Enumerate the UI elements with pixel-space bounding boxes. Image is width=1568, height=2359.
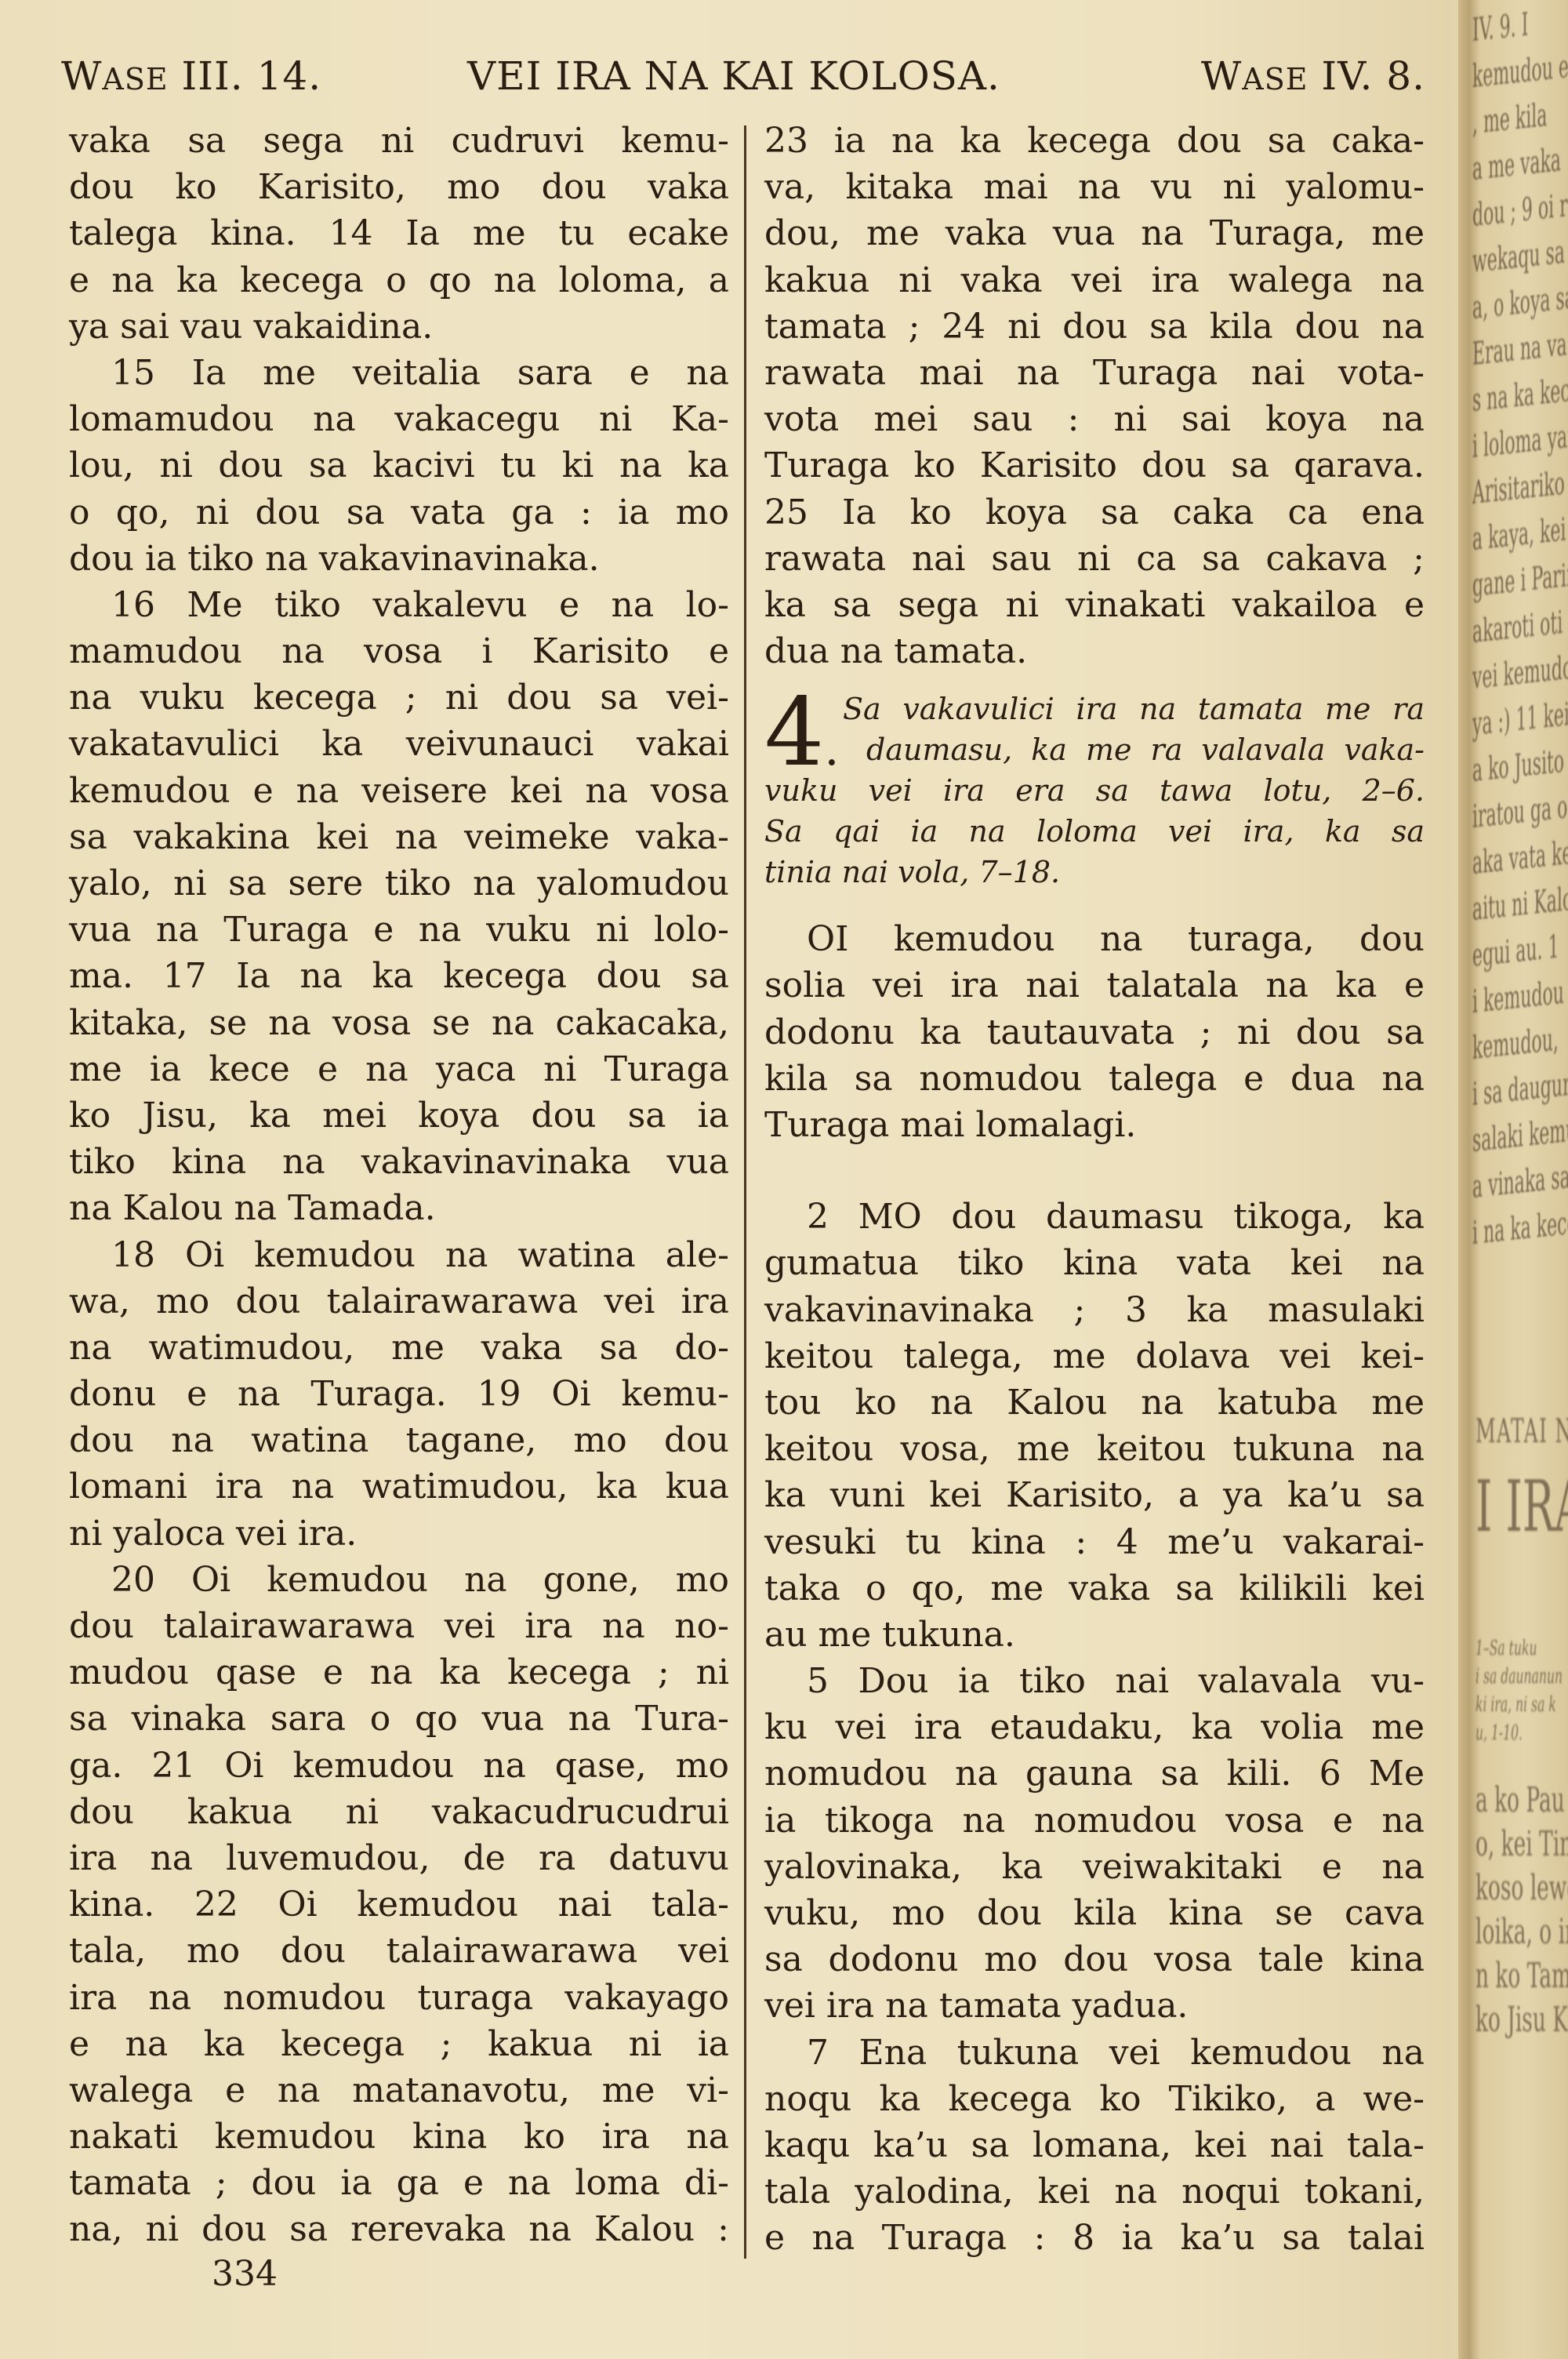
- text-line: mamudou na vosa i Karisito e: [69, 628, 729, 674]
- summary-line: vuku vei ira era sa tawa lotu, 2–6.: [764, 770, 1425, 811]
- edge-body-line: a ko Pau: [1475, 1779, 1568, 1823]
- text-line: ga. 21 Oi kemudou na qase, mo: [69, 1743, 729, 1789]
- text-line: talega kina. 14 Ia me tu ecake: [69, 210, 729, 256]
- text-line: taka o qo, me vaka sa kilikili kei: [764, 1565, 1425, 1612]
- verse-start-line: 18 Oi kemudou na watina ale-: [69, 1232, 729, 1278]
- text-line: vakatavulici ka veivunauci vakai: [69, 721, 729, 767]
- text-line: kemudou e na veisere kei na vosa: [69, 768, 729, 814]
- edge-heading-large: I IRA: [1475, 1466, 1568, 1548]
- text-line: yalo, ni sa sere tiko na yalomudou: [69, 860, 729, 907]
- text-line: sa vakakina kei na veimeke vaka-: [69, 814, 729, 860]
- text-line: e na ka kecega ; kakua ni ia: [69, 2021, 729, 2067]
- book-page: WASE III. 14. VEI IRA NA KAI KOLOSA. WAS…: [0, 0, 1458, 2359]
- text-line: dou talairawarawa vei ira na no-: [69, 1603, 729, 1649]
- text-line: keitou vosa, me keitou tukuna na: [764, 1426, 1425, 1472]
- chapter-number-digit: 4: [764, 678, 824, 787]
- text-line: vuku, mo dou kila kina se cava: [764, 1890, 1425, 1936]
- edge-body-line: loika, o ira: [1475, 1910, 1568, 1954]
- text-line: yalovinaka, ka veiwakitaki e na: [764, 1844, 1425, 1890]
- edge-summary-line: ki ira, ni sa k: [1475, 1691, 1568, 1719]
- text-line: 23 ia na ka kecega dou sa caka-: [764, 118, 1425, 164]
- text-line: vua na Turaga e na vuku ni lolo-: [69, 907, 729, 953]
- edge-summary: 1–Sa tuku i sa daunanun ki ira, ni sa k …: [1475, 1634, 1568, 1747]
- edge-summary-line: i sa daunanun: [1475, 1663, 1568, 1691]
- text-line: sa vinaka sara o qo vua na Tura-: [69, 1696, 729, 1742]
- running-head-right-ref: IV. 8.: [1321, 53, 1425, 99]
- text-line: e na Turaga : 8 ia ka’u sa talai: [764, 2215, 1425, 2261]
- text-line: noqu ka kecega ko Tikiko, a we-: [764, 2076, 1425, 2122]
- adjacent-page-heading: MATAI N I IRA 1–Sa tuku i sa daunanun ki…: [1475, 1412, 1568, 2042]
- text-line: kila sa nomudou talega e dua na: [764, 1056, 1425, 1102]
- verse-start-line: 5 Dou ia tiko nai valavala vu-: [764, 1658, 1425, 1704]
- chapter-number: 4.: [764, 690, 839, 792]
- text-line: e na ka kecega o qo na loloma, a: [69, 257, 729, 304]
- text-line: va, kitaka mai na vu ni yalomu-: [764, 164, 1425, 210]
- text-line: dua na tamata.: [764, 628, 1425, 674]
- text-line: ni yaloca vei ira.: [69, 1510, 729, 1557]
- text-line: nomudou na gauna sa kili. 6 Me: [764, 1750, 1425, 1797]
- text-line: tala, mo dou talairawarawa vei: [69, 1928, 729, 1974]
- verse-start-line: 20 Oi kemudou na gone, mo: [69, 1557, 729, 1603]
- text-line: dodonu ka tautauvata ; ni dou sa: [764, 1009, 1425, 1056]
- edge-body-line: n ko Tam: [1475, 1954, 1568, 1998]
- text-line: ko Jisu, ka mei koya dou sa ia: [69, 1092, 729, 1139]
- running-head-title: VEI IRA NA KAI KOLOSA.: [467, 49, 1000, 104]
- edge-summary-line: 1–Sa tuku: [1475, 1634, 1568, 1663]
- text-line: Turaga ko Karisito dou sa qarava.: [764, 442, 1425, 489]
- text-line: kaqu ka’u sa lomana, kei nai tala-: [764, 2122, 1425, 2168]
- running-head: WASE III. 14. VEI IRA NA KAI KOLOSA. WAS…: [61, 49, 1425, 104]
- page-number: 334: [212, 2251, 278, 2298]
- text-line: ia tikoga na nomudou vosa e na: [764, 1797, 1425, 1844]
- text-line: na watimudou, me vaka sa do-: [69, 1325, 729, 1371]
- verse-start-line: 2 MO dou daumasu tikoga, ka: [764, 1194, 1425, 1240]
- text-line: na Kalou na Tamada.: [69, 1185, 729, 1231]
- text-line: rawata mai na Turaga nai vota-: [764, 350, 1425, 396]
- chapter-heading: 4. Sa vakavulici ira na tamata me ra dau…: [764, 689, 1425, 892]
- summary-line: daumasu, ka me ra valavala vaka-: [764, 729, 1425, 770]
- text-line: walega e na matanavotu, me vi-: [69, 2067, 729, 2114]
- text-line: donu e na Turaga. 19 Oi kemu-: [69, 1371, 729, 1417]
- summary-line: Sa vakavulici ira na tamata me ra: [764, 689, 1425, 729]
- edge-heading-small: MATAI N: [1475, 1412, 1568, 1450]
- edge-body-line: ko Jisu K: [1475, 1998, 1568, 2042]
- text-line: ya sai vau vakaidina.: [69, 304, 729, 350]
- text-line: tou ko na Kalou na katuba me: [764, 1379, 1425, 1426]
- running-head-left-smallcaps: ASE: [102, 62, 168, 96]
- text-line: ka vuni kei Karisito, a ya ka’u sa: [764, 1472, 1425, 1518]
- text-line: vei ira na tamata yadua.: [764, 1983, 1425, 2029]
- text-line: ira na luvemudou, de ra datuvu: [69, 1835, 729, 1881]
- right-column: 23 ia na ka kecega dou sa caka- va, kita…: [764, 118, 1425, 2262]
- text-line: tiko kina na vakavinavinaka vua: [69, 1139, 729, 1185]
- text-line: lomani ira na watimudou, ka kua: [69, 1463, 729, 1510]
- text-line: wa, mo dou talairawarawa vei ira: [69, 1278, 729, 1325]
- text-line: lomamudou na vakacegu ni Ka-: [69, 396, 729, 442]
- verse-start-line: 16 Me tiko vakalevu e na lo-: [69, 582, 729, 628]
- text-line: au me tukuna.: [764, 1612, 1425, 1658]
- running-head-right: WASE IV. 8.: [1201, 49, 1425, 107]
- text-line: tamata ; dou ia ga e na loma di-: [69, 2160, 729, 2206]
- text-line: gumatua tiko kina vata kei na: [764, 1240, 1425, 1286]
- text-line: vakavinavinaka ; 3 ka masulaki: [764, 1287, 1425, 1333]
- column-divider: [744, 125, 746, 2259]
- adjacent-page-text: IV. 9. I kemudou e , me kila a me vaka d…: [1472, 0, 1568, 1257]
- text-line: 25 Ia ko koya sa caka ca ena: [764, 489, 1425, 536]
- text-line: keitou talega, me dolava vei kei-: [764, 1333, 1425, 1379]
- text-line: ira na nomudou turaga vakayago: [69, 1975, 729, 2021]
- text-line: sa dodonu mo dou vosa tale kina: [764, 1936, 1425, 1983]
- text-line: vesuki tu kina : 4 me’u vakarai-: [764, 1519, 1425, 1565]
- text-line: kina. 22 Oi kemudou nai tala-: [69, 1881, 729, 1928]
- running-head-left-initial: W: [61, 53, 102, 99]
- text-line: vaka sa sega ni cudruvi kemu-: [69, 118, 729, 164]
- text-line: lou, ni dou sa kacivi tu ki na ka: [69, 442, 729, 489]
- summary-line: Sa qai ia na loloma vei ira, ka sa: [764, 811, 1425, 852]
- text-line: ma. 17 Ia na ka kecega dou sa: [69, 953, 729, 999]
- text-line: dou kakua ni vakacudrucudrui: [69, 1789, 729, 1835]
- text-line: kitaka, se na vosa se na cakacaka,: [69, 1000, 729, 1046]
- text-line: dou, me vaka vua na Turaga, me: [764, 210, 1425, 256]
- adjacent-page-edge: IV. 9. I kemudou e , me kila a me vaka d…: [1458, 0, 1568, 2359]
- spacer: [764, 892, 1425, 916]
- verse-start-line: 15 Ia me veitalia sara e na: [69, 350, 729, 396]
- text-line: dou ko Karisito, mo dou vaka: [69, 164, 729, 210]
- chapter-summary: Sa vakavulici ira na tamata me ra daumas…: [764, 689, 1425, 892]
- text-line: nakati kemudou kina ko ira na: [69, 2114, 729, 2160]
- spacer: [764, 1148, 1425, 1194]
- verse-start-line: 7 Ena tukuna vei kemudou na: [764, 2030, 1425, 2076]
- text-line: dou ia tiko na vakavinavinaka.: [69, 536, 729, 582]
- running-head-left-ref: III. 14.: [182, 53, 322, 99]
- text-line: rawata nai sau ni ca sa cakava ;: [764, 536, 1425, 582]
- edge-summary-line: u, 1-10.: [1475, 1719, 1568, 1747]
- text-line: Turaga mai lomalagi.: [764, 1102, 1425, 1148]
- edge-body-line: koso lewe: [1475, 1866, 1568, 1910]
- text-line: kakua ni vaka vei ira walega na: [764, 257, 1425, 304]
- text-line: dou na watina tagane, mo dou: [69, 1417, 729, 1463]
- running-head-right-initial: W: [1201, 53, 1242, 99]
- edge-body: a ko Pau o, kei Timo koso lewe loika, o …: [1475, 1779, 1568, 2042]
- running-head-left: WASE III. 14.: [61, 49, 321, 107]
- text-line: mudou qase e na ka kecega ; ni: [69, 1649, 729, 1696]
- text-line: me ia kece e na yaca ni Turaga: [69, 1046, 729, 1092]
- chapter-number-dot: .: [824, 722, 839, 776]
- text-line: tala yalodina, kei na noqui tokani,: [764, 2168, 1425, 2215]
- text-line: na vuku kecega ; ni dou sa vei-: [69, 674, 729, 721]
- edge-body-line: o, kei Timo: [1475, 1823, 1568, 1866]
- text-line: ka sa sega ni vinakati vakailoa e: [764, 582, 1425, 628]
- verse-start-line: OI kemudou na turaga, dou: [764, 916, 1425, 962]
- text-line: tamata ; 24 ni dou sa kila dou na: [764, 304, 1425, 350]
- text-line: vota mei sau : ni sai koya na: [764, 396, 1425, 442]
- summary-line: tinia nai vola, 7–18.: [764, 852, 1425, 892]
- text-line: o qo, ni dou sa vata ga : ia mo: [69, 489, 729, 536]
- text-line: ku vei ira etaudaku, ka volia me: [764, 1704, 1425, 1750]
- text-line: na, ni dou sa rerevaka na Kalou :: [69, 2206, 729, 2252]
- text-line: solia vei ira nai talatala na ka e: [764, 962, 1425, 1009]
- running-head-right-smallcaps: ASE: [1242, 62, 1308, 96]
- left-column: vaka sa sega ni cudruvi kemu- dou ko Kar…: [69, 118, 729, 2253]
